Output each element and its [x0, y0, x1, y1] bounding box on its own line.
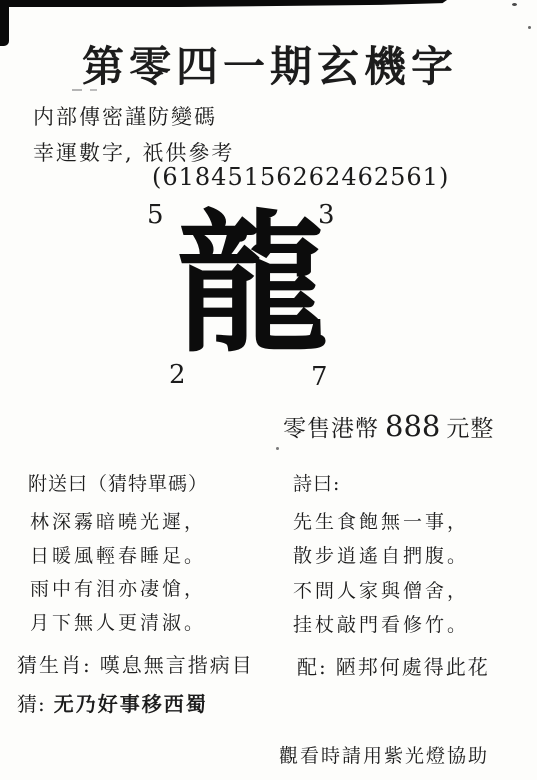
footer-note: 觀看時請用紫光燈協助 [279, 741, 489, 768]
right-poem-line: 先生食飽無一事， [293, 507, 469, 534]
secret-note: 内部傳密謹防變碼 [33, 101, 217, 131]
price-prefix: 零售港幣 [283, 416, 379, 442]
page-title: 第零四一期玄機字 [40, 34, 500, 94]
zodiac-guess-line: 猜生肖:嘆息無言揩病目 [17, 649, 254, 678]
mystery-character: 龍 [176, 208, 328, 360]
left-poem-line: 日暖風輕春睡足。 [30, 541, 206, 568]
left-poem-line: 雨中有泪亦凄愴， [30, 574, 206, 601]
guess-label: 猜: [17, 692, 46, 716]
zodiac-guess-label: 猜生肖: [17, 653, 92, 677]
guess-line: 猜:无乃好事移西蜀 [17, 688, 208, 717]
lottery-mystery-sheet: 第零四一期玄機字 内部傳密謹防變碼 幸運數字, 祇供參考 (6184515626… [0, 0, 537, 780]
left-column-heading: 附送曰（猜特單碼） [28, 469, 208, 496]
zodiac-guess-text: 嘆息無言揩病目 [100, 653, 254, 677]
price-amount: 888 [385, 409, 440, 443]
price-line: 零售港幣888元整 [283, 409, 494, 443]
left-poem-line: 林深霧暗曉光遲， [30, 507, 206, 534]
right-poem-line: 不問人家與僧舍， [293, 576, 469, 603]
scan-artifact-corner [0, 0, 9, 46]
corner-number-top-left: 5 [147, 200, 164, 230]
lucky-numbers: (61845156262462561) [152, 163, 449, 191]
left-poem-line: 月下無人更清淑。 [30, 608, 206, 635]
scan-speck [512, 3, 517, 6]
guess-text: 无乃好事移西蜀 [54, 692, 208, 716]
price-suffix: 元整 [446, 416, 494, 442]
match-text: 陋邦何處得此花 [336, 655, 490, 679]
right-poem-line: 散步逍遙自捫腹。 [293, 541, 469, 568]
scan-speck [528, 26, 531, 29]
scan-artifact-top-strip [0, 0, 447, 7]
match-label: 配: [297, 655, 328, 679]
match-line: 配:陋邦何處得此花 [297, 651, 490, 680]
scan-speck [276, 447, 279, 450]
right-poem-line: 挂杖敲門看修竹。 [293, 610, 469, 637]
right-column-heading: 詩曰: [293, 469, 340, 496]
